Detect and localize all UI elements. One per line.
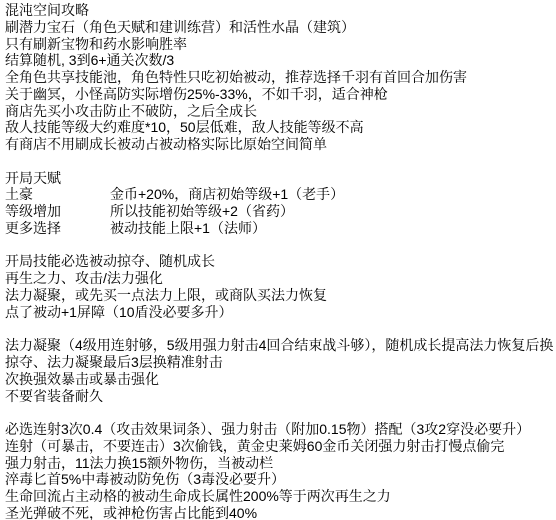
- text-line: 关于幽冥，小怪高防实际增伤25%-33%，不如千羽，适合神枪: [5, 86, 556, 103]
- text-line: 敌人技能等级大约难度*10，50层低难，敌人技能等级不高: [5, 119, 556, 136]
- talent-name: 土豪: [5, 186, 110, 203]
- skill-notes-section: 必选连射3次0.4（攻击效果词条）、强力射击（附加0.15物）搭配（3攻2穿没必…: [5, 421, 556, 520]
- talent-effect: 所以技能初始等级+2（省药）: [110, 203, 294, 219]
- opening-skills-section: 开局技能必选被动掠夺、随机成长 再生之力、攻击/法力强化 法力凝聚，或先买一点法…: [5, 253, 556, 320]
- strategy-document: 混沌空间攻略 刷潜力宝石（角色天赋和建训练营）和活性水晶（建筑） 只有刷新宝物和…: [0, 0, 556, 520]
- text-line: 圣光弹破不死，或神枪伤害占比能到40%: [5, 505, 556, 520]
- text-line: 有商店不用刷成长被动占被动格实际比原始空间简单: [5, 136, 556, 153]
- blank-line: [5, 237, 556, 254]
- text-line: 连射（可暴击，不要连击）3次偷钱，黄金史莱姆60金币关闭强力射击打慢点偷完: [5, 438, 556, 455]
- text-line: 生命回流占主动格的被动生命成长属性200%等于两次再生之力: [5, 488, 556, 505]
- text-line: 商店先买小攻击防止不破防，之后全成长: [5, 103, 556, 120]
- mana-plan-section: 法力凝聚（4级用连射够，5级用强力射击4回合结束战斗够），随机成长提高法力恢复后…: [5, 337, 556, 404]
- text-line: 点了被动+1屏障（10盾没必要多升）: [5, 304, 556, 321]
- text-line: 结算随机, 3到6+通关次数/3: [5, 52, 556, 69]
- text-line: 法力凝聚，或先买一点法力上限，或商队买法力恢复: [5, 287, 556, 304]
- blank-line: [5, 321, 556, 338]
- talent-effect: 被动技能上限+1（法师）: [110, 220, 266, 236]
- text-line: 法力凝聚（4级用连射够，5级用强力射击4回合结束战斗够），随机成长提高法力恢复后…: [5, 337, 556, 354]
- text-line: 掠夺、法力凝聚最后3层换精准射击: [5, 354, 556, 371]
- talent-effect: 金币+20%，商店初始等级+1（老手）: [110, 186, 344, 202]
- text-line: 再生之力、攻击/法力强化: [5, 270, 556, 287]
- blank-line: [5, 153, 556, 170]
- text-line: 开局技能必选被动掠夺、随机成长: [5, 253, 556, 270]
- talents-section: 开局天赋 土豪金币+20%，商店初始等级+1（老手） 等级增加所以技能初始等级+…: [5, 170, 556, 237]
- talent-row: 等级增加所以技能初始等级+2（省药）: [5, 203, 556, 220]
- text-line: 淬毒匕首5%中毒被动防免伤（3毒没必要升）: [5, 471, 556, 488]
- text-line: 全角色共享技能池，角色特性只吃初始被动，推荐选择千羽有首回合加伤害: [5, 69, 556, 86]
- doc-title: 混沌空间攻略: [5, 2, 556, 19]
- talents-heading: 开局天赋: [5, 170, 556, 187]
- blank-line: [5, 404, 556, 421]
- talent-row: 土豪金币+20%，商店初始等级+1（老手）: [5, 186, 556, 203]
- text-line: 强力射击，11法力换15额外物伤，当被动栏: [5, 455, 556, 472]
- text-line: 次换强效暴击或暴击强化: [5, 371, 556, 388]
- talent-row: 更多选择被动技能上限+1（法师）: [5, 220, 556, 237]
- talent-name: 等级增加: [5, 203, 110, 220]
- intro-section: 混沌空间攻略 刷潜力宝石（角色天赋和建训练营）和活性水晶（建筑） 只有刷新宝物和…: [5, 2, 556, 153]
- text-line: 刷潜力宝石（角色天赋和建训练营）和活性水晶（建筑）: [5, 19, 556, 36]
- text-line: 不要省装备耐久: [5, 388, 556, 405]
- talent-name: 更多选择: [5, 220, 110, 237]
- text-line: 必选连射3次0.4（攻击效果词条）、强力射击（附加0.15物）搭配（3攻2穿没必…: [5, 421, 556, 438]
- text-line: 只有刷新宝物和药水影响胜率: [5, 36, 556, 53]
